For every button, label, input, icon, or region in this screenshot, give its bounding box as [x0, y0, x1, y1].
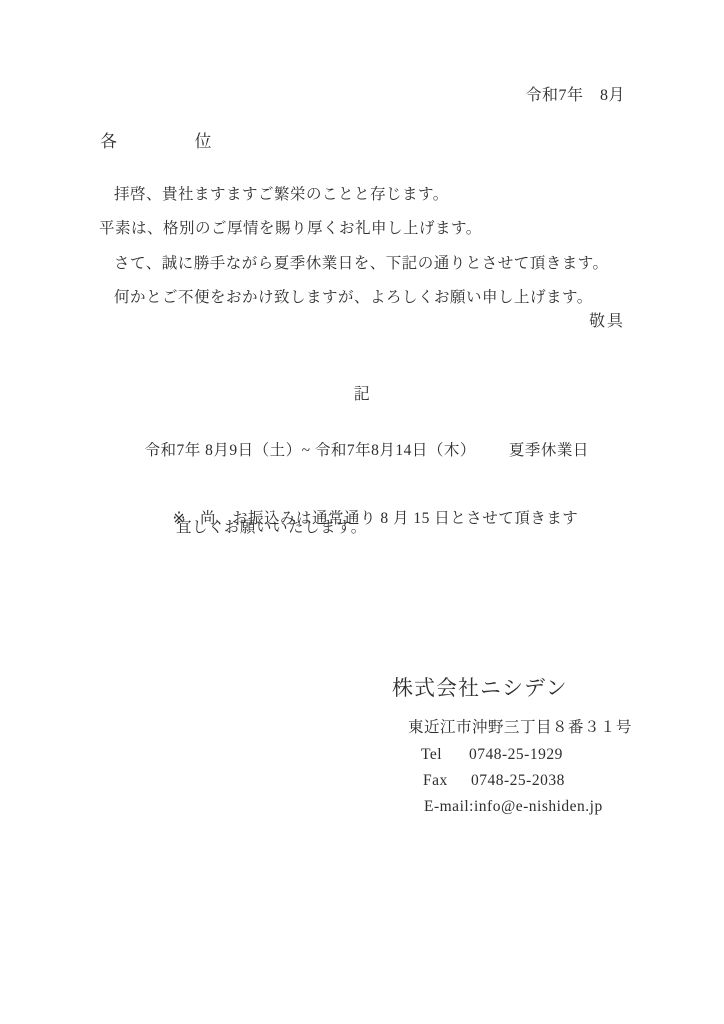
note-line-2: 宜しくお願いいたします。 [176, 519, 367, 538]
fax-label: Fax [423, 772, 471, 791]
tel-line: Tel 0748-25-1929 [421, 746, 563, 765]
body-paragraph-apology: 何かとご不便をおかけ致しますが、よろしくお願い申し上げます。 [114, 289, 593, 308]
tel-label: Tel [421, 746, 469, 765]
recipient-right: 位 [195, 132, 213, 152]
record-heading: 記 [0, 385, 724, 404]
body-paragraph-notice: さて、誠に勝手ながら夏季休業日を、下記の通りとさせて頂きます。 [114, 255, 608, 274]
holiday-period: 令和7年 8月9日（土）~ 令和7年8月14日（木） [145, 442, 476, 459]
holiday-label: 夏季休業日 [509, 442, 589, 459]
greeting-paragraph-1: 拝啓、貴社ますますご繁栄のことと存じます。 [114, 186, 449, 205]
company-address: 東近江市沖野三丁目８番３１号 [408, 719, 632, 738]
document-page: 令和7年 8月 各 位 拝啓、貴社ますますご繁栄のことと存じます。 平素は、格別… [0, 0, 724, 1024]
fax-value: 0748-25-2038 [471, 772, 565, 791]
letter-date: 令和7年 8月 [525, 86, 625, 105]
email-line: E-mail:info@e-nishiden.jp [424, 798, 603, 817]
recipient-line: 各 位 [100, 132, 212, 152]
tel-value: 0748-25-1929 [469, 746, 563, 765]
holiday-period-line: 令和7年 8月9日（土）~ 令和7年8月14日（木）夏季休業日 [127, 423, 589, 479]
closing-keigu: 敬具 [589, 312, 625, 331]
company-name: 株式会社ニシデン [392, 676, 568, 701]
greeting-paragraph-2: 平素は、格別のご厚情を賜り厚くお礼申し上げます。 [99, 220, 482, 239]
fax-line: Fax 0748-25-2038 [423, 772, 565, 791]
recipient-left: 各 [100, 132, 118, 152]
